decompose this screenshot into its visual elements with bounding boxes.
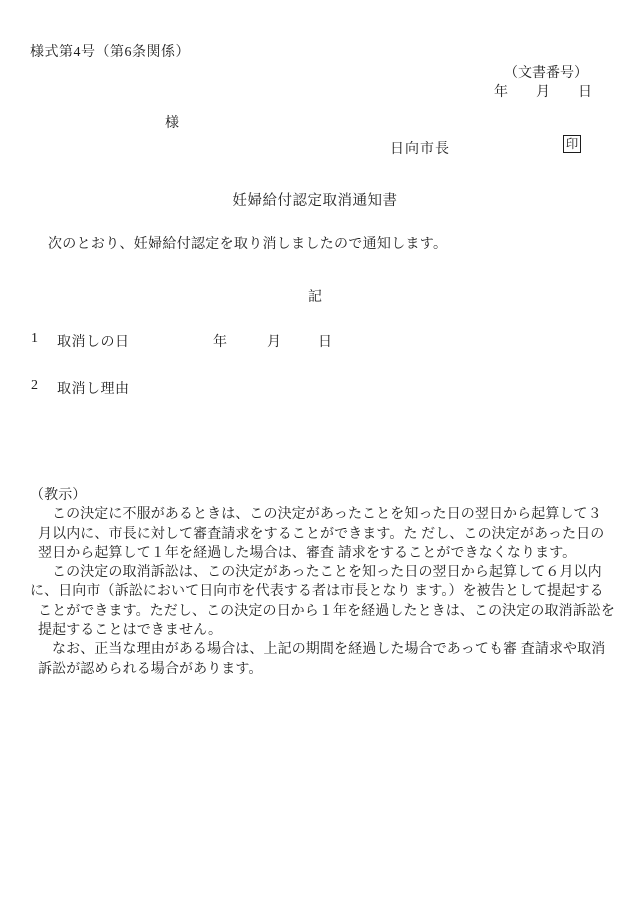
notice-document-page: 様式第4号（第6条関係） （文書番号） 年 月 日 様 日向市長 印 妊婦給付認…	[0, 0, 630, 903]
item-number: 1	[31, 331, 38, 347]
document-title: 妊婦給付認定取消通知書	[0, 189, 630, 210]
date-field-year: 年	[213, 331, 227, 351]
appeal-instructions-line: この決定の取消訴訟は、この決定があったことを知った日の翌日から起算して６月以内	[30, 563, 610, 582]
item-cancellation-date: 1 取消しの日 年 月 日	[0, 331, 630, 349]
date-field-month: 月	[267, 331, 281, 351]
record-marker: 記	[0, 286, 630, 306]
appeal-instructions-line: 翌日から起算して１年を経過した場合は、審査 請求をすることができなくなります。	[30, 544, 610, 563]
appeal-instructions-line: なお、正当な理由がある場合は、上記の期間を経過した場合であっても審 査請求や取消	[30, 640, 610, 659]
sender-mayor-name: 日向市長	[390, 138, 450, 158]
official-seal-box: 印	[563, 135, 581, 153]
item-label: 取消しの日	[57, 331, 130, 351]
addressee-honorific: 様	[165, 112, 179, 132]
appeal-instructions-line: 提起することはできません。	[30, 621, 610, 640]
appeal-instructions-block: （教示） この決定に不服があるときは、この決定があったことを知った日の翌日から起…	[30, 486, 610, 679]
notice-body-text: 次のとおり、妊婦給付認定を取り消しましたので通知します。	[48, 233, 447, 253]
appeal-instructions-heading: （教示）	[30, 486, 610, 505]
seal-mark: 印	[566, 138, 579, 151]
form-number: 様式第4号（第6条関係）	[30, 41, 190, 61]
item-label: 取消し理由	[57, 378, 130, 398]
appeal-instructions-line: ことができます。ただし、この決定の日から１年を経過したときは、この決定の取消訴訟…	[30, 602, 610, 621]
date-field-day: 日	[318, 331, 332, 351]
appeal-instructions-line: に、日向市（訴訟において日向市を代表する者は市長となり ます。）を被告として提起…	[30, 582, 610, 601]
appeal-instructions-line: この決定に不服があるときは、この決定があったことを知った日の翌日から起算して３	[30, 505, 610, 524]
issue-date-line: 年 月 日	[494, 81, 592, 101]
appeal-instructions-line: 月以内に、市長に対して審査請求をすることができます。た だし、この決定があった日…	[30, 525, 610, 544]
document-number-label: （文書番号）	[504, 62, 588, 82]
item-number: 2	[31, 378, 38, 394]
appeal-instructions-line: 訴訟が認められる場合があります。	[30, 660, 610, 679]
item-cancellation-reason: 2 取消し理由	[0, 378, 630, 396]
